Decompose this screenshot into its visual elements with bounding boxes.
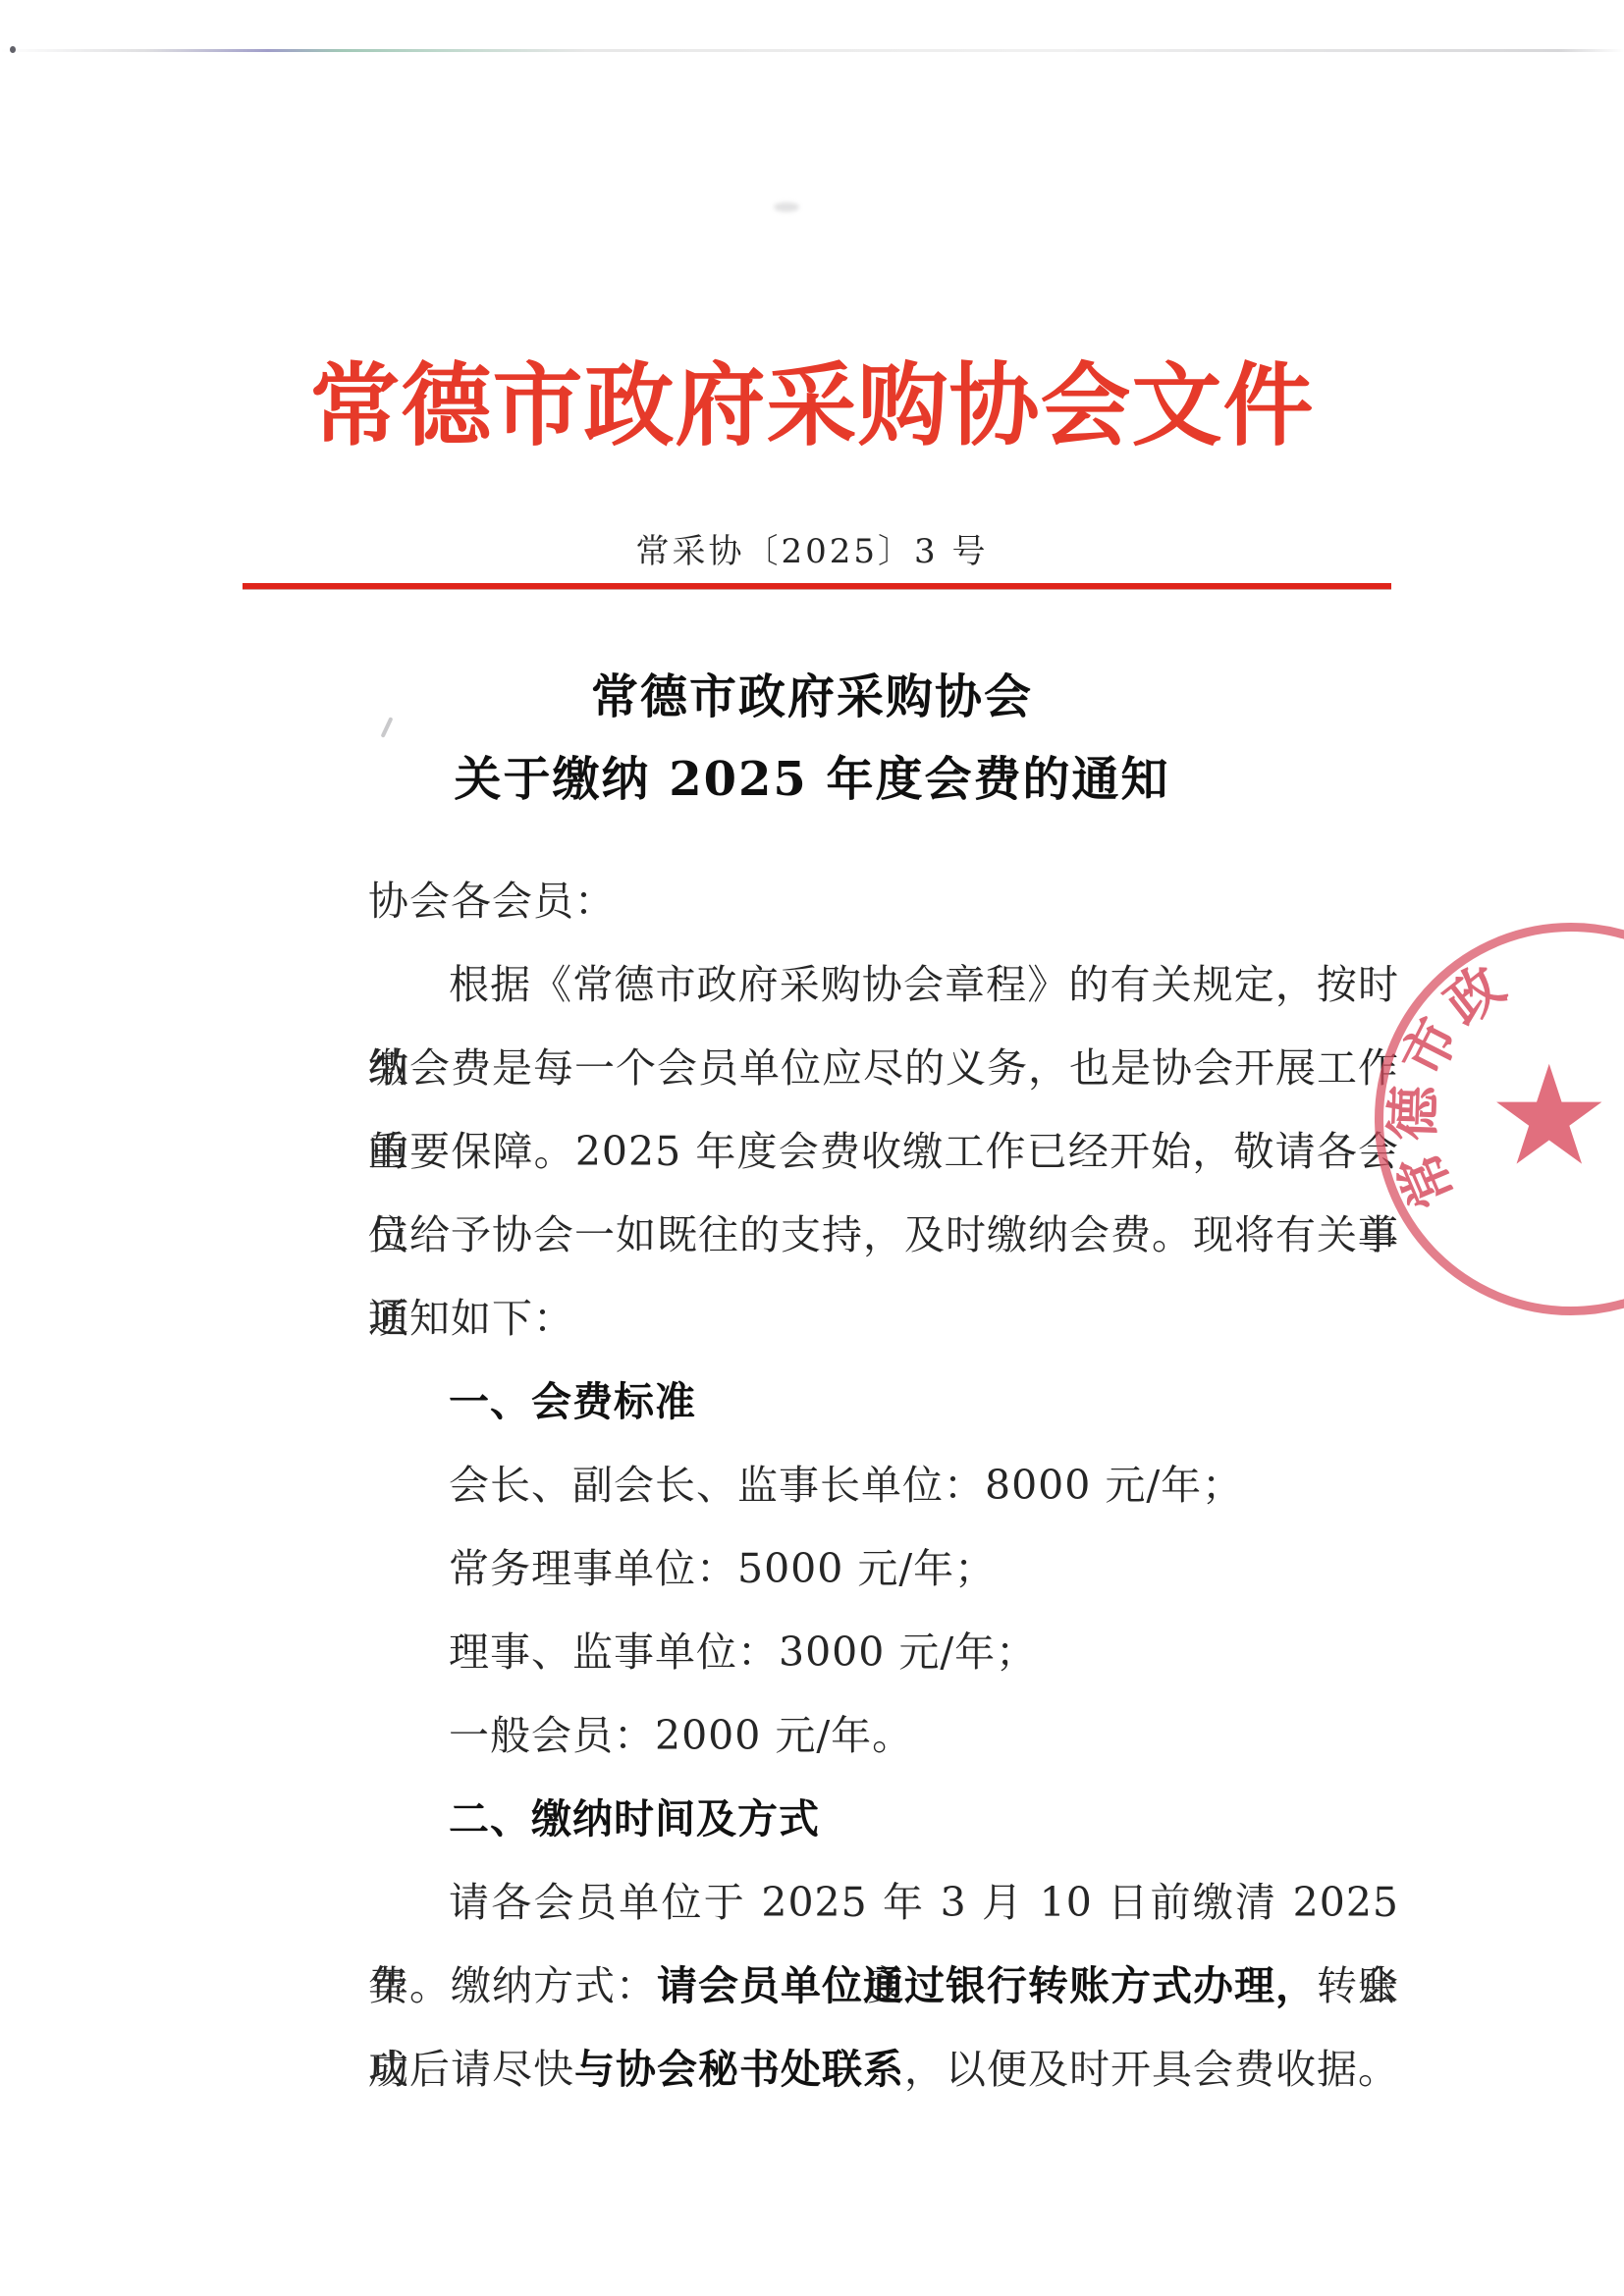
payment-line-1: 请各会员单位于 2025 年 3 月 10 日前缴清 2025 年度会	[368, 1861, 1399, 1945]
fee-line-4: 一般会员：2000 元/年。	[368, 1694, 1399, 1778]
body-line-4: 位给予协会一如既往的支持，及时缴纳会费。现将有关事项	[368, 1194, 1399, 1277]
body-line-5: 通知如下：	[368, 1277, 1399, 1361]
payment-line-2-normal: 费。缴纳方式：	[368, 1962, 657, 2009]
scan-artifact-smudge	[774, 202, 799, 212]
payment-line-2: 费。缴纳方式：请会员单位通过银行转账方式办理，转账成	[368, 1945, 1399, 2028]
payment-line-3: 功后请尽快与协会秘书处联系，以便及时开具会费收据。	[368, 2028, 1399, 2111]
seal-arc-char: 德	[1385, 1085, 1442, 1142]
seal-star-icon: ★	[1488, 1048, 1624, 1186]
document-number: 常采协〔2025〕3 号	[0, 524, 1624, 572]
body-line-2: 纳会费是每一个会员单位应尽的义务，也是协会开展工作的	[368, 1027, 1399, 1110]
notice-body: 协会各会员： 根据《常德市政府采购协会章程》的有关规定，按时缴 纳会费是每一个会…	[368, 860, 1399, 2111]
fee-line-1: 会长、副会长、监事长单位：8000 元/年；	[368, 1444, 1399, 1527]
letterhead-title: 常德市政府采购协会文件	[0, 334, 1624, 463]
notice-title-line2: 关于缴纳 2025 年度会费的通知	[0, 738, 1624, 821]
section-2-title: 二、缴纳时间及方式	[368, 1778, 1399, 1861]
body-line-3: 重要保障。2025 年度会费收缴工作已经开始，敬请各会员单	[368, 1110, 1399, 1194]
notice-title-line1: 常德市政府采购协会	[0, 656, 1624, 738]
payment-line-3-bold: 与协会秘书处联系	[574, 2046, 904, 2093]
payment-line-3-tail: ，以便及时开具会费收据。	[904, 2046, 1399, 2093]
fee-line-3: 理事、监事单位：3000 元/年；	[368, 1611, 1399, 1694]
payment-line-2-bold: 请会员单位通过银行转账方式办理，	[657, 1962, 1317, 2009]
section-1-title: 一、会费标准	[368, 1361, 1399, 1444]
scan-artifact-line	[0, 49, 1624, 52]
red-divider-rule	[243, 583, 1391, 589]
notice-title: 常德市政府采购协会 关于缴纳 2025 年度会费的通知	[0, 656, 1624, 821]
fee-line-2: 常务理事单位：5000 元/年；	[368, 1527, 1399, 1611]
body-line-1: 根据《常德市政府采购协会章程》的有关规定，按时缴	[368, 943, 1399, 1027]
payment-line-3-normal: 功后请尽快	[368, 2046, 574, 2093]
document-page: 常德市政府采购协会文件 常采协〔2025〕3 号 常德市政府采购协会 关于缴纳 …	[0, 0, 1624, 2296]
official-seal: ★ 常 德 市 政	[1375, 923, 1624, 1315]
salutation: 协会各会员：	[368, 860, 1399, 943]
